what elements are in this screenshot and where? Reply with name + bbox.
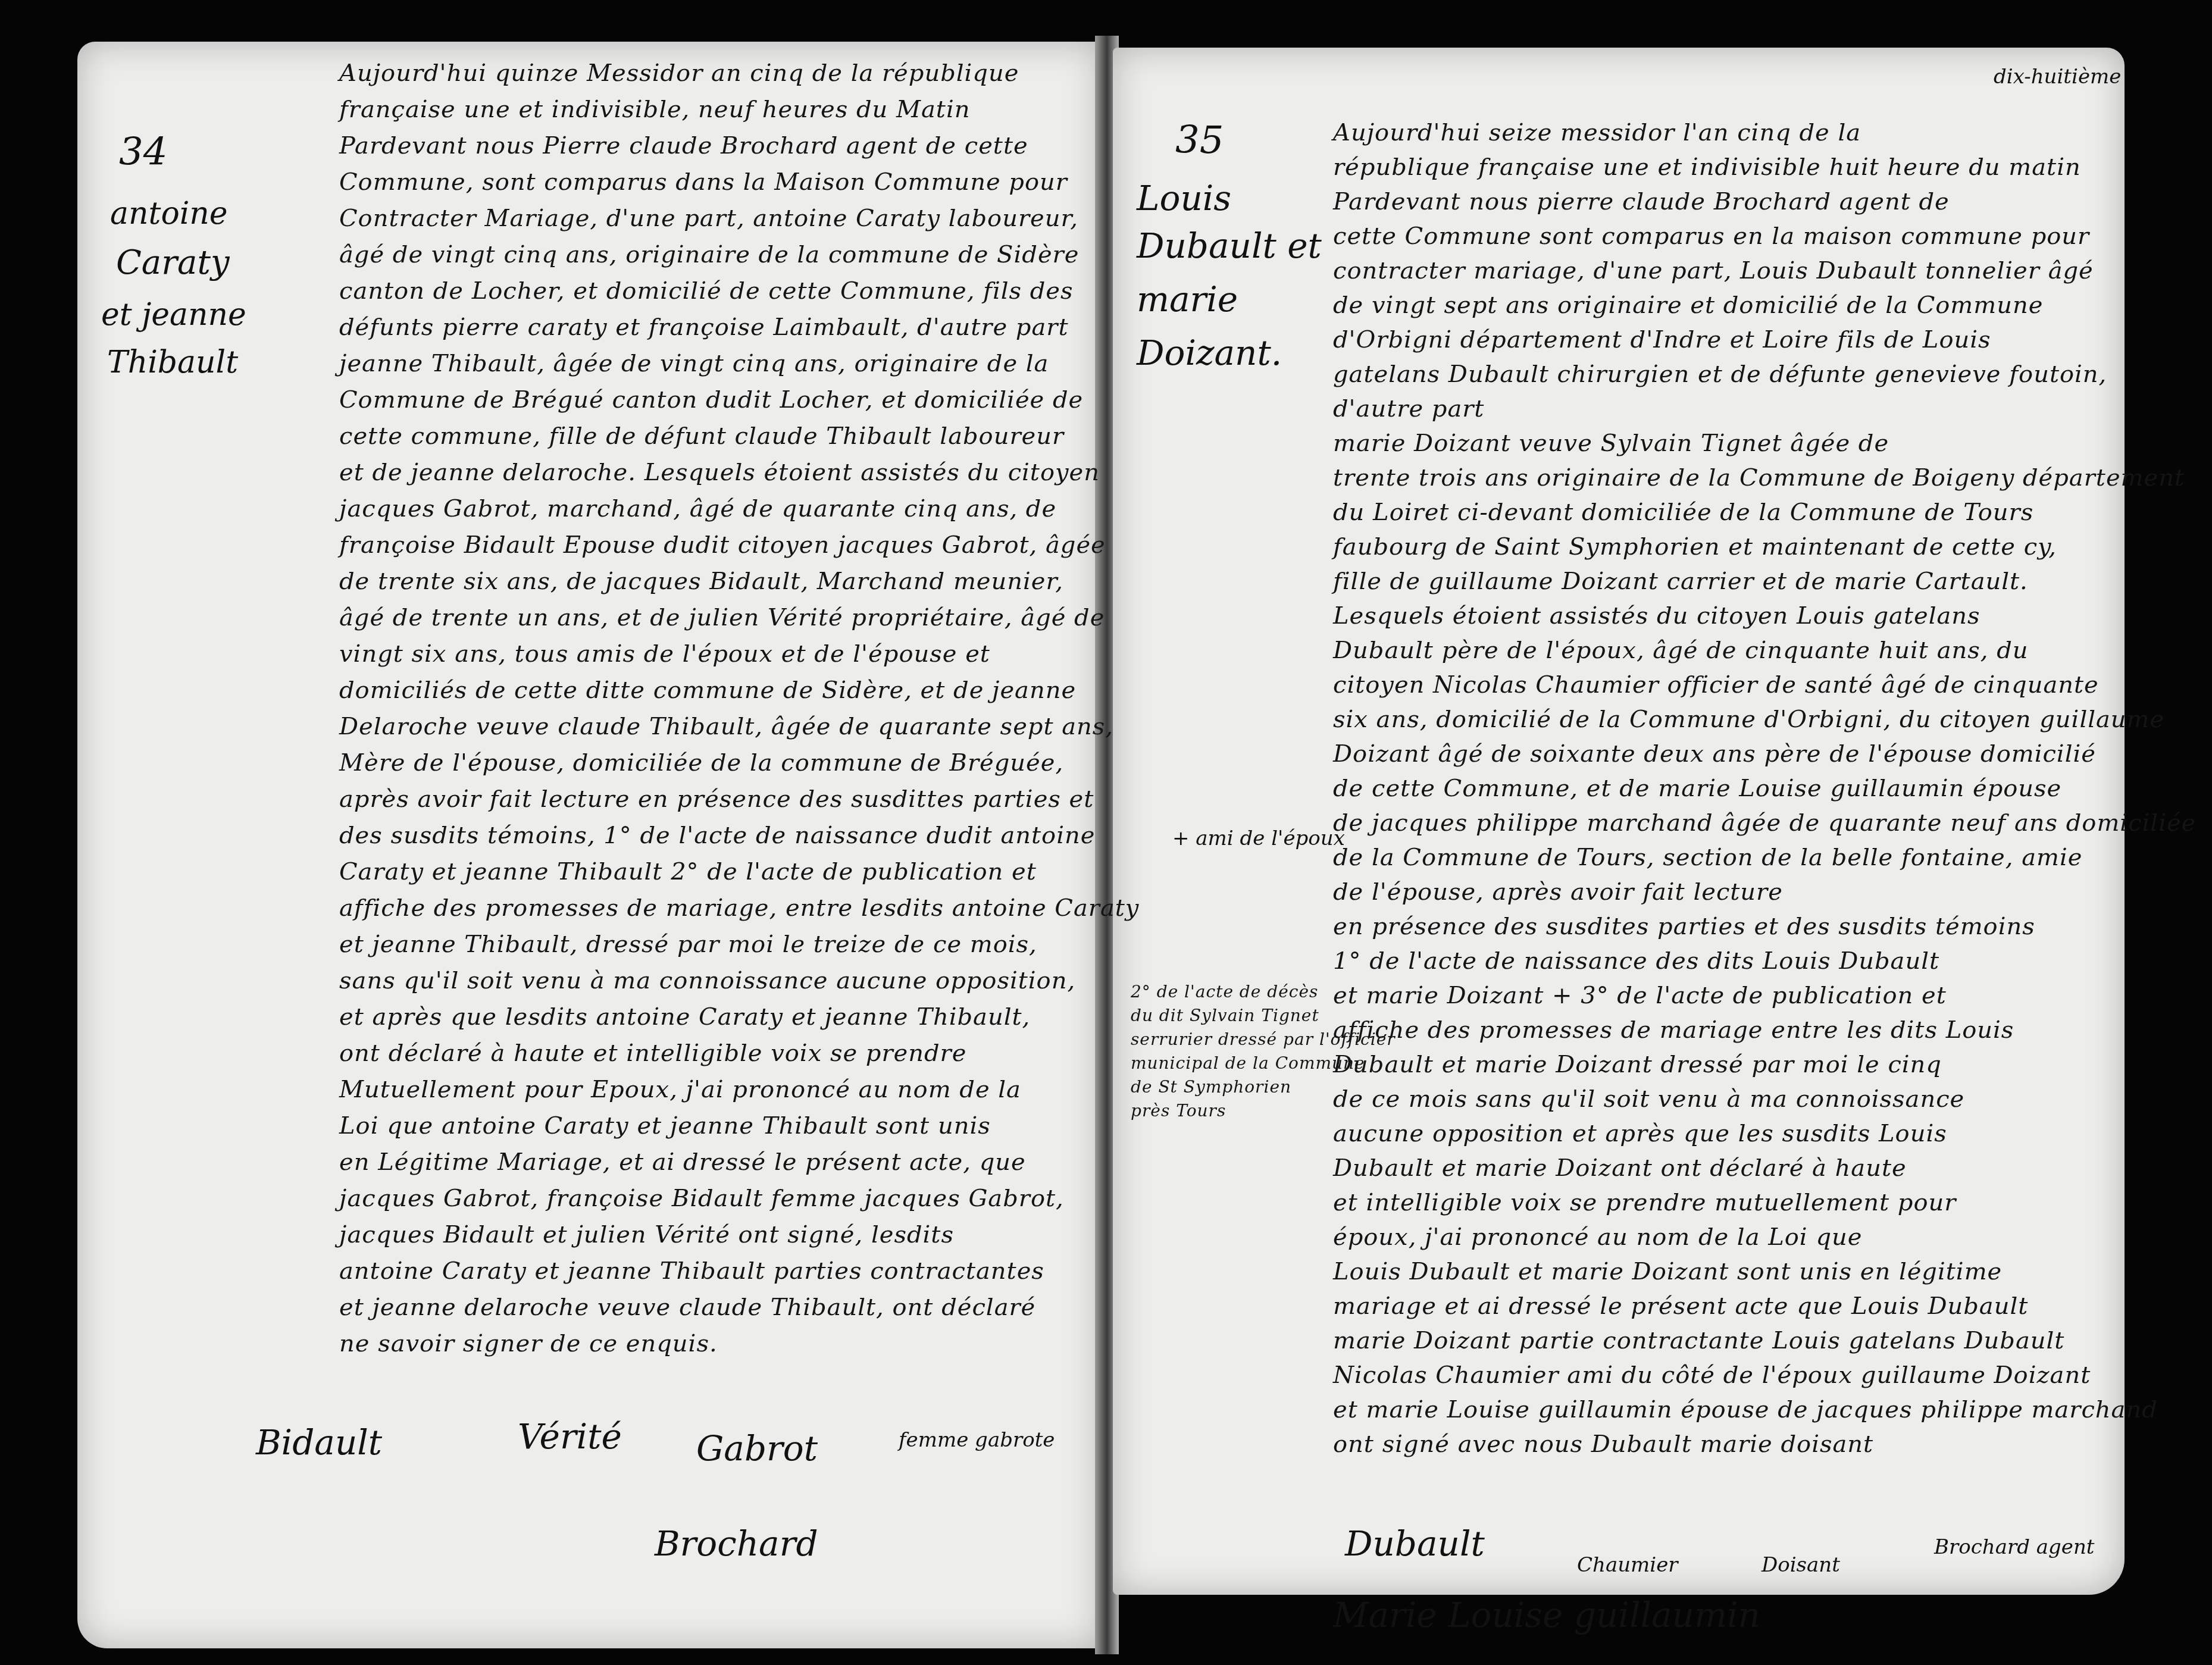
handwritten-line: Commune, sont comparus dans la Maison Co… (339, 168, 1068, 196)
handwritten-line: Loi que antoine Caraty et jeanne Thibaul… (339, 1112, 991, 1140)
handwritten-line: jeanne Thibault, âgée de vingt cinq ans,… (339, 350, 1049, 377)
handwritten-line: de jacques philippe marchand âgée de qua… (1333, 809, 2196, 837)
signature-doisant: Doisant (1762, 1553, 1840, 1577)
handwritten-line: vingt six ans, tous amis de l'époux et d… (339, 640, 990, 668)
handwritten-line: Pardevant nous pierre claude Brochard ag… (1333, 188, 1950, 215)
handwritten-line: et après que lesdits antoine Caraty et j… (339, 1003, 1030, 1031)
right-margin-name: Louis (1137, 179, 1231, 218)
handwritten-line: d'Orbigni département d'Indre et Loire f… (1333, 326, 1991, 353)
handwritten-line: faubourg de Saint Symphorien et maintena… (1333, 533, 2057, 561)
handwritten-line: de ce mois sans qu'il soit venu à ma con… (1333, 1085, 1964, 1113)
handwritten-line: Aujourd'hui quinze Messidor an cinq de l… (339, 60, 1019, 87)
handwritten-line: ne savoir signer de ce enquis. (339, 1330, 718, 1357)
left-margin-name: Thibault (107, 345, 238, 381)
handwritten-line: du Loiret ci-devant domiciliée de la Com… (1333, 499, 2033, 526)
signature-bidault: Bidault (256, 1422, 382, 1463)
handwritten-line: en Légitime Mariage, et ai dressé le pré… (339, 1148, 1026, 1176)
left-margin-name: et jeanne (101, 298, 246, 333)
handwritten-line: Mère de l'épouse, domiciliée de la commu… (339, 749, 1063, 777)
handwritten-line: Nicolas Chaumier ami du côté de l'époux … (1333, 1362, 2091, 1389)
left-margin-name: Caraty (116, 244, 230, 282)
margin-insert-ami: + ami de l'époux (1172, 827, 1345, 850)
handwritten-line: et intelligible voix se prendre mutuelle… (1333, 1189, 1956, 1216)
handwritten-line: affiche des promesses de mariage entre l… (1333, 1016, 2014, 1044)
handwritten-line: Dubault père de l'époux, âgé de cinquant… (1333, 637, 2029, 664)
handwritten-line: de cette Commune, et de marie Louise gui… (1333, 775, 2061, 802)
handwritten-line: Mutuellement pour Epoux, j'ai prononcé a… (339, 1076, 1021, 1103)
handwritten-line: municipal de la Commune (1131, 1053, 1365, 1073)
right-margin-name: Doizant. (1137, 333, 1282, 373)
handwritten-line: de trente six ans, de jacques Bidault, M… (339, 568, 1063, 595)
handwritten-line: Caraty et jeanne Thibault 2° de l'acte d… (339, 858, 1037, 885)
signature-chaumier: Chaumier (1577, 1553, 1678, 1577)
handwritten-line: après avoir fait lecture en présence des… (339, 785, 1094, 813)
signature-femme-gabrote: femme gabrote (899, 1428, 1055, 1452)
handwritten-line: Dubault et marie Doizant ont déclaré à h… (1333, 1154, 1907, 1182)
handwritten-line: de la Commune de Tours, section de la be… (1333, 844, 2082, 871)
handwritten-line: 2° de l'acte de décès (1131, 982, 1318, 1001)
handwritten-line: mariage et ai dressé le présent acte que… (1333, 1292, 2028, 1320)
handwritten-line: Contracter Mariage, d'une part, antoine … (339, 205, 1078, 232)
left-entry-number: 34 (119, 131, 167, 175)
corner-note: dix-huitième (1994, 65, 2121, 89)
left-margin-name: antoine (110, 196, 228, 232)
handwritten-line: fille de guillaume Doizant carrier et de… (1333, 568, 2028, 595)
handwritten-line: époux, j'ai prononcé au nom de la Loi qu… (1333, 1223, 1862, 1251)
handwritten-line: Louis Dubault et marie Doizant sont unis… (1333, 1258, 2002, 1285)
signature-gabrot: Gabrot (696, 1428, 818, 1469)
handwritten-line: de l'épouse, après avoir fait lecture (1333, 878, 1783, 906)
handwritten-line: Doizant âgé de soixante deux ans père de… (1333, 740, 2096, 768)
handwritten-line: Pardevant nous Pierre claude Brochard ag… (339, 132, 1028, 159)
handwritten-line: âgé de vingt cinq ans, originaire de la … (339, 241, 1079, 268)
handwritten-line: cette commune, fille de défunt claude Th… (339, 422, 1064, 450)
handwritten-line: française une et indivisible, neuf heure… (339, 96, 971, 123)
handwritten-line: marie Doizant partie contractante Louis … (1333, 1327, 2064, 1354)
handwritten-line: affiche des promesses de mariage, entre … (339, 894, 1139, 922)
handwritten-line: contracter mariage, d'une part, Louis Du… (1333, 257, 2094, 284)
signature-dubault: Dubault (1345, 1523, 1485, 1564)
handwritten-line: ont déclaré à haute et intelligible voix… (339, 1040, 966, 1067)
handwritten-line: jacques Gabrot, marchand, âgé de quarant… (339, 495, 1056, 522)
handwritten-line: d'autre part (1333, 395, 1484, 422)
handwritten-line: défunts pierre caraty et françoise Laimb… (339, 314, 1069, 341)
handwritten-line: ont signé avec nous Dubault marie doisan… (1333, 1431, 1873, 1458)
handwritten-line: 1° de l'acte de naissance des dits Louis… (1333, 947, 1939, 975)
handwritten-line: du dit Sylvain Tignet (1131, 1006, 1319, 1025)
handwritten-line: cette Commune sont comparus en la maison… (1333, 223, 2089, 250)
handwritten-line: Delaroche veuve claude Thibault, âgée de… (339, 713, 1113, 740)
signature-guillaumin: Marie Louise guillaumin (1333, 1595, 1760, 1635)
handwritten-line: âgé de trente un ans, et de julien Vérit… (339, 604, 1105, 631)
handwritten-line: marie Doizant veuve Sylvain Tignet âgée … (1333, 430, 1889, 457)
handwritten-line: six ans, domicilié de la Commune d'Orbig… (1333, 706, 2164, 733)
handwritten-line: république française une et indivisible … (1333, 154, 2081, 181)
handwritten-line: sans qu'il soit venu à ma connoissance a… (339, 967, 1075, 994)
handwritten-line: trente trois ans originaire de la Commun… (1333, 464, 2185, 492)
handwritten-line: Lesquels étoient assistés du citoyen Lou… (1333, 602, 1981, 630)
handwritten-line: près Tours (1131, 1101, 1226, 1121)
handwritten-line: aucune opposition et après que les susdi… (1333, 1120, 1947, 1147)
right-margin-name: Dubault et (1137, 226, 1322, 266)
handwritten-line: et marie Doizant + 3° de l'acte de publi… (1333, 982, 1947, 1009)
handwritten-line: Commune de Brégué canton dudit Locher, e… (339, 386, 1083, 414)
handwritten-line: des susdits témoins, 1° de l'acte de nai… (339, 822, 1095, 849)
signature-brochard-left: Brochard (655, 1523, 818, 1564)
signature-brochard-agent: Brochard agent (1934, 1535, 2094, 1559)
handwritten-line: et jeanne Thibault, dressé par moi le tr… (339, 931, 1037, 958)
handwritten-line: de vingt sept ans originaire et domicili… (1333, 292, 2043, 319)
right-margin-name: marie (1137, 280, 1238, 320)
handwritten-line: jacques Gabrot, françoise Bidault femme … (339, 1185, 1064, 1212)
handwritten-line: gatelans Dubault chirurgien et de défunt… (1333, 361, 2107, 388)
handwritten-line: canton de Locher, et domicilié de cette … (339, 277, 1074, 305)
right-entry-number: 35 (1175, 119, 1224, 163)
handwritten-line: en présence des susdites parties et des … (1333, 913, 2035, 940)
handwritten-line: citoyen Nicolas Chaumier officier de san… (1333, 671, 2099, 699)
handwritten-line: domiciliés de cette ditte commune de Sid… (339, 677, 1076, 704)
handwritten-line: et de jeanne delaroche. Lesquels étoient… (339, 459, 1100, 486)
handwritten-line: jacques Bidault et julien Vérité ont sig… (339, 1221, 954, 1248)
handwritten-line: de St Symphorien (1131, 1077, 1291, 1097)
handwritten-line: Aujourd'hui seize messidor l'an cinq de … (1333, 119, 1861, 146)
handwritten-line: Dubault et marie Doizant dressé par moi … (1333, 1051, 1942, 1078)
handwritten-line: antoine Caraty et jeanne Thibault partie… (339, 1257, 1044, 1285)
handwritten-line: françoise Bidault Epouse dudit citoyen j… (339, 531, 1106, 559)
handwritten-line: et marie Louise guillaumin épouse de jac… (1333, 1396, 2158, 1423)
signature-verite: Vérité (518, 1416, 622, 1457)
handwritten-line: et jeanne delaroche veuve claude Thibaul… (339, 1294, 1035, 1321)
